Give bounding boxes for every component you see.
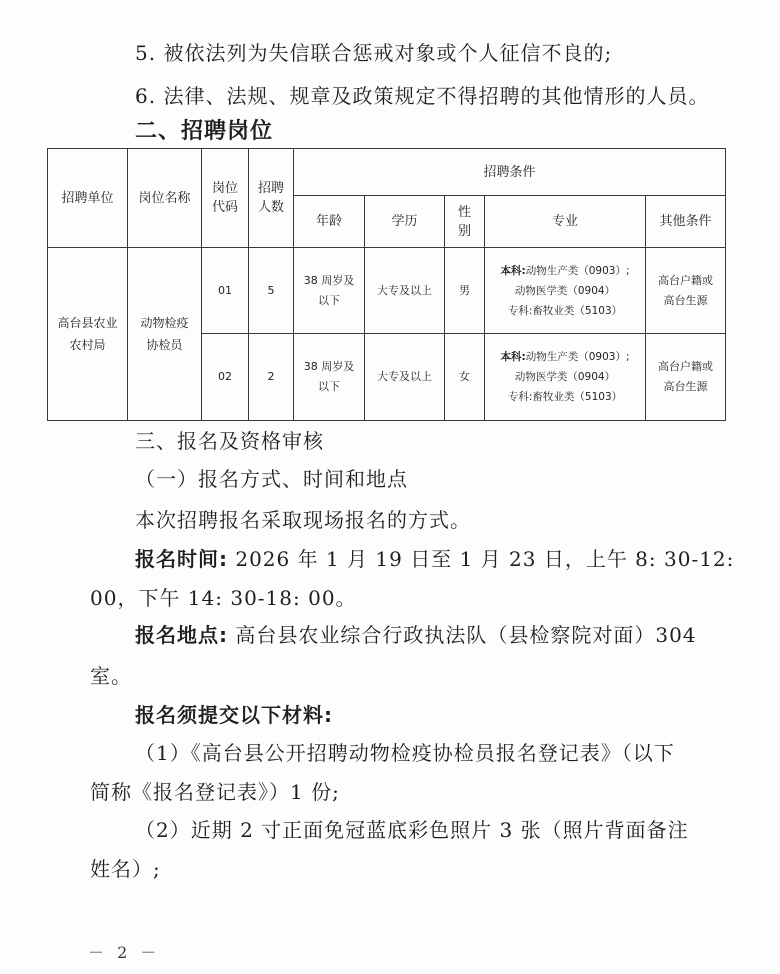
place-label: 报名地点: bbox=[135, 623, 228, 647]
cell-count: 2 bbox=[249, 334, 294, 421]
cell-other-line2: 高台生源 bbox=[664, 380, 708, 393]
cell-age: 38 周岁及 以下 bbox=[294, 334, 365, 421]
header-major: 专业 bbox=[485, 196, 646, 248]
cell-gender: 男 bbox=[445, 248, 485, 334]
header-age: 年龄 bbox=[294, 196, 365, 248]
header-unit: 招聘单位 bbox=[48, 149, 128, 248]
major-text-3: 畜牧业类（5103） bbox=[532, 305, 622, 317]
major-label-bachelor: 本科: bbox=[501, 265, 526, 277]
cell-age-line2: 以下 bbox=[318, 380, 340, 393]
paragraph-time: 报名时间: 2026 年 1 月 19 日至 1 月 23 日，上午 8: 30… bbox=[135, 546, 734, 572]
cell-age-line2: 以下 bbox=[318, 294, 340, 307]
table-row: 高台县农业 农村局 动物检疫 协检员 01 5 38 周岁及 以下 大专及以上 … bbox=[48, 248, 726, 334]
material-1-cont: 简称《报名登记表》）1 份; bbox=[90, 779, 340, 805]
cell-other-line1: 高台户籍或 bbox=[658, 274, 713, 287]
cell-position-name-line2: 协检员 bbox=[146, 338, 182, 352]
section-heading-registration: 三、报名及资格审核 bbox=[135, 428, 324, 454]
page-number: － 2 － bbox=[88, 940, 160, 963]
header-gender: 性 别 bbox=[445, 196, 485, 248]
header-gender-line1: 性 bbox=[458, 205, 471, 220]
time-text-1: 2026 年 1 月 19 日至 1 月 23 日，上午 8: 30-12: bbox=[228, 547, 734, 571]
positions-table: 招聘单位 岗位名称 岗位 代码 招聘 人数 招聘条件 年龄 学历 性 别 专业 … bbox=[47, 148, 726, 421]
header-position-name: 岗位名称 bbox=[128, 149, 202, 248]
cell-education: 大专及以上 bbox=[365, 334, 445, 421]
major-line-2: 动物医学类（0904） bbox=[485, 281, 645, 301]
major-label-associate: 专科: bbox=[508, 391, 533, 403]
header-conditions: 招聘条件 bbox=[294, 149, 726, 196]
paragraph-method: 本次招聘报名采取现场报名的方式。 bbox=[135, 507, 471, 533]
cell-position-name: 动物检疫 协检员 bbox=[128, 248, 202, 421]
header-headcount-line2: 人数 bbox=[258, 200, 284, 215]
major-label-associate: 专科: bbox=[508, 305, 533, 317]
major-line-2: 动物医学类（0904） bbox=[485, 367, 645, 387]
header-gender-line2: 别 bbox=[458, 224, 471, 239]
header-position-code: 岗位 代码 bbox=[202, 149, 249, 248]
major-line-1: 本科:动物生产类（0903）; bbox=[485, 347, 645, 367]
paragraph-place: 报名地点: 高台县农业综合行政执法队（县检察院对面）304 bbox=[135, 622, 697, 648]
major-line-3: 专科:畜牧业类（5103） bbox=[485, 301, 645, 321]
header-position-code-line1: 岗位 bbox=[212, 181, 238, 196]
list-item-5: 5. 被依法列为失信联合惩戒对象或个人征信不良的; bbox=[135, 40, 612, 66]
cell-code: 02 bbox=[202, 334, 249, 421]
cell-unit-line2: 农村局 bbox=[69, 338, 105, 352]
material-1: （1）《高台县公开招聘动物检疫协检员报名登记表》（以下 bbox=[135, 740, 675, 766]
cell-code: 01 bbox=[202, 248, 249, 334]
paragraph-place-cont: 室。 bbox=[90, 663, 132, 689]
header-other: 其他条件 bbox=[646, 196, 726, 248]
cell-unit-line1: 高台县农业 bbox=[57, 316, 117, 330]
major-text-1: 动物生产类（0903）; bbox=[526, 351, 630, 363]
cell-position-name-line1: 动物检疫 bbox=[140, 316, 188, 330]
header-headcount-line1: 招聘 bbox=[258, 181, 284, 196]
cell-gender: 女 bbox=[445, 334, 485, 421]
list-item-6: 6. 法律、法规、规章及政策规定不得招聘的其他情形的人员。 bbox=[135, 83, 709, 109]
time-label: 报名时间: bbox=[135, 547, 228, 571]
cell-major: 本科:动物生产类（0903）; 动物医学类（0904） 专科:畜牧业类（5103… bbox=[485, 248, 646, 334]
cell-unit: 高台县农业 农村局 bbox=[48, 248, 128, 421]
paragraph-time-cont: 00，下午 14: 30-18: 00。 bbox=[90, 585, 357, 611]
cell-age-line1: 38 周岁及 bbox=[304, 274, 355, 287]
cell-other-line1: 高台户籍或 bbox=[658, 360, 713, 373]
major-label-bachelor: 本科: bbox=[501, 351, 526, 363]
cell-age-line1: 38 周岁及 bbox=[304, 360, 355, 373]
header-headcount: 招聘 人数 bbox=[249, 149, 294, 248]
section-heading-positions: 二、招聘岗位 bbox=[135, 119, 273, 145]
major-line-1: 本科:动物生产类（0903）; bbox=[485, 261, 645, 281]
cell-major: 本科:动物生产类（0903）; 动物医学类（0904） 专科:畜牧业类（5103… bbox=[485, 334, 646, 421]
major-text-3: 畜牧业类（5103） bbox=[532, 391, 622, 403]
cell-age: 38 周岁及 以下 bbox=[294, 248, 365, 334]
cell-count: 5 bbox=[249, 248, 294, 334]
cell-other: 高台户籍或 高台生源 bbox=[646, 334, 726, 421]
cell-other-line2: 高台生源 bbox=[664, 294, 708, 307]
header-position-code-line2: 代码 bbox=[212, 200, 238, 215]
cell-other: 高台户籍或 高台生源 bbox=[646, 248, 726, 334]
major-line-3: 专科:畜牧业类（5103） bbox=[485, 387, 645, 407]
cell-education: 大专及以上 bbox=[365, 248, 445, 334]
subsection-heading-method: （一）报名方式、时间和地点 bbox=[135, 466, 408, 492]
material-2: （2）近期 2 寸正面免冠蓝底彩色照片 3 张（照片背面备注 bbox=[135, 817, 689, 843]
header-education: 学历 bbox=[365, 196, 445, 248]
major-text-1: 动物生产类（0903）; bbox=[526, 265, 630, 277]
materials-heading: 报名须提交以下材料: bbox=[135, 702, 333, 728]
material-2-cont: 姓名）; bbox=[90, 856, 161, 882]
place-text-1: 高台县农业综合行政执法队（县检察院对面）304 bbox=[228, 623, 697, 647]
